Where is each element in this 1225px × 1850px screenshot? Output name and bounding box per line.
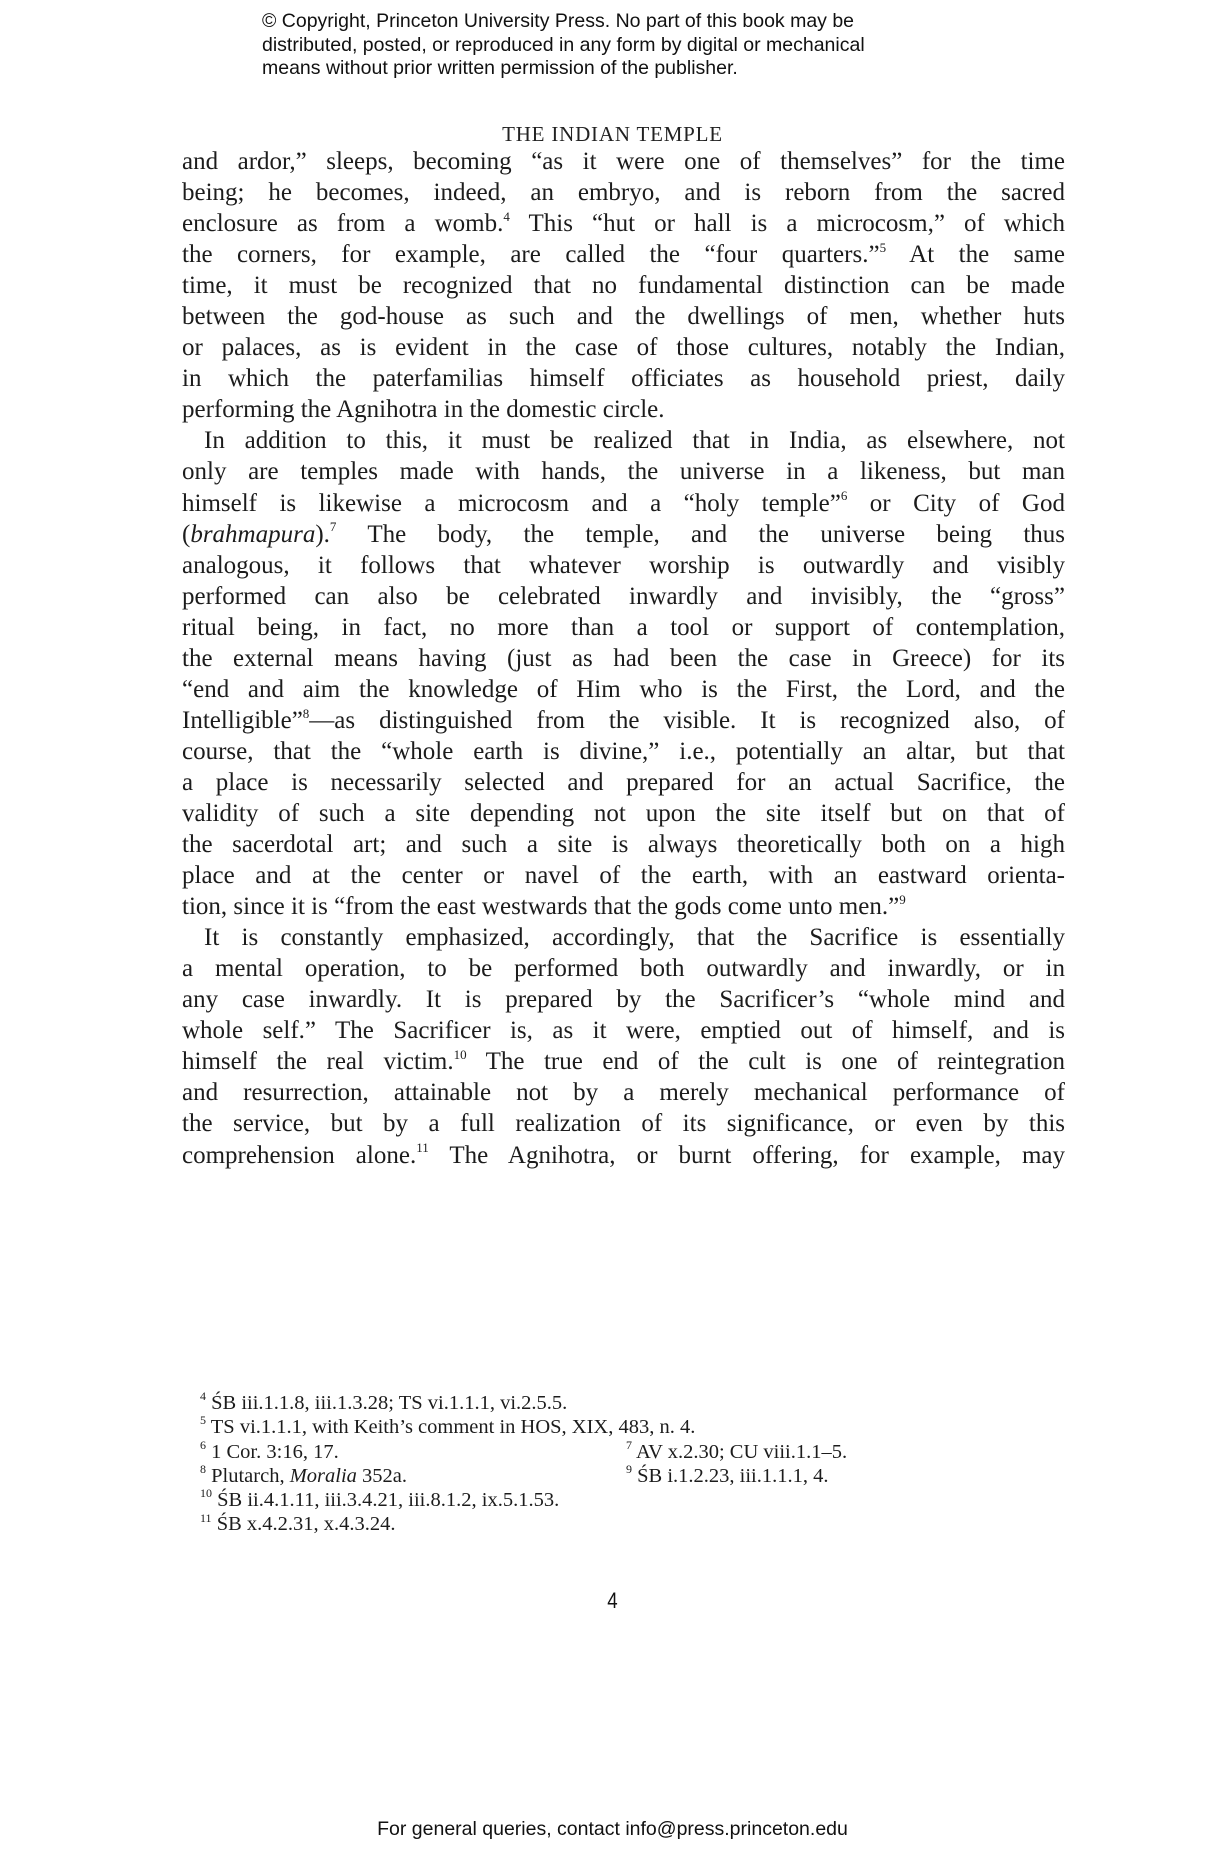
text-line: a place is necessarily selected and prep… xyxy=(182,767,1065,798)
footnote-7: 7 AV x.2.30; CU viii.1.1–5. xyxy=(626,1440,847,1464)
footnote-row: 4 ŚB iii.1.1.8, iii.1.3.28; TS vi.1.1.1,… xyxy=(200,1391,1000,1415)
footnote-8: 8 Plutarch, Moralia 352a. xyxy=(200,1464,626,1488)
text-line: enclosure as from a womb.4 This “hut or … xyxy=(182,208,1065,239)
text-line: (brahmapura).7 The body, the temple, and… xyxy=(182,519,1065,550)
footnote-ref: 10 xyxy=(454,1047,467,1062)
footnote-4: 4 ŚB iii.1.1.8, iii.1.3.28; TS vi.1.1.1,… xyxy=(200,1391,567,1415)
running-head: THE INDIAN TEMPLE xyxy=(0,122,1225,147)
footnote-ref: 7 xyxy=(330,519,337,534)
body-text: and ardor,” sleeps, becoming “as it were… xyxy=(182,146,1065,1171)
footnote-row: 8 Plutarch, Moralia 352a. 9 ŚB i.1.2.23,… xyxy=(200,1464,1000,1488)
page-number: 4 xyxy=(92,1588,1133,1614)
footnote-ref: 5 xyxy=(880,240,887,255)
copyright-line: means without prior written permission o… xyxy=(262,57,982,81)
footnote-row: 11 ŚB x.4.2.31, x.4.3.24. xyxy=(200,1512,1000,1536)
text-line: only are temples made with hands, the un… xyxy=(182,456,1065,487)
text-line: himself is likewise a microcosm and a “h… xyxy=(182,488,1065,519)
footnote-row: 6 1 Cor. 3:16, 17. 7 AV x.2.30; CU viii.… xyxy=(200,1440,1000,1464)
text-line: performing the Agnihotra in the domestic… xyxy=(182,394,1065,425)
footer-contact: For general queries, contact info@press.… xyxy=(0,1818,1225,1841)
paragraph: and ardor,” sleeps, becoming “as it were… xyxy=(182,146,1065,425)
text-line: the service, but by a full realization o… xyxy=(182,1108,1065,1139)
text-line: any case inwardly. It is prepared by the… xyxy=(182,984,1065,1015)
footnote-5: 5 TS vi.1.1.1, with Keith’s comment in H… xyxy=(200,1415,695,1439)
footnote-10: 10 ŚB ii.4.1.11, iii.3.4.21, iii.8.1.2, … xyxy=(200,1488,559,1512)
text-line: and resurrection, attainable not by a me… xyxy=(182,1077,1065,1108)
text-line: being; he becomes, indeed, an embryo, an… xyxy=(182,177,1065,208)
footnote-ref: 6 xyxy=(841,488,848,503)
paragraph: In addition to this, it must be realized… xyxy=(182,425,1065,922)
footnote-ref: 4 xyxy=(503,209,510,224)
text-line: tion, since it is “from the east westwar… xyxy=(182,891,1065,922)
text-line: It is constantly emphasized, accordingly… xyxy=(182,922,1065,953)
footnote-11: 11 ŚB x.4.2.31, x.4.3.24. xyxy=(200,1512,396,1536)
text-line: the external means having (just as had b… xyxy=(182,643,1065,674)
text-line: comprehension alone.11 The Agnihotra, or… xyxy=(182,1140,1065,1171)
text-line: and ardor,” sleeps, becoming “as it were… xyxy=(182,146,1065,177)
italic-term: brahmapura xyxy=(190,521,315,548)
text-line: time, it must be recognized that no fund… xyxy=(182,270,1065,301)
footnote-row: 5 TS vi.1.1.1, with Keith’s comment in H… xyxy=(200,1415,1000,1439)
paragraph: It is constantly emphasized, accordingly… xyxy=(182,922,1065,1170)
text-line: whole self.” The Sacrificer is, as it we… xyxy=(182,1015,1065,1046)
text-line: or palaces, as is evident in the case of… xyxy=(182,332,1065,363)
text-line: analogous, it follows that whatever wors… xyxy=(182,550,1065,581)
footnote-6: 6 1 Cor. 3:16, 17. xyxy=(200,1440,626,1464)
footnote-ref: 8 xyxy=(303,706,310,721)
footnote-row: 10 ŚB ii.4.1.11, iii.3.4.21, iii.8.1.2, … xyxy=(200,1488,1000,1512)
text-line: in which the paterfamilias himself offic… xyxy=(182,363,1065,394)
text-line: place and at the center or navel of the … xyxy=(182,860,1065,891)
text-line: course, that the “whole earth is divine,… xyxy=(182,736,1065,767)
text-line: himself the real victim.10 The true end … xyxy=(182,1046,1065,1077)
text-line: the sacerdotal art; and such a site is a… xyxy=(182,829,1065,860)
text-line: a mental operation, to be performed both… xyxy=(182,953,1065,984)
copyright-line: distributed, posted, or reproduced in an… xyxy=(262,34,982,58)
text-line: Intelligible”8—as distinguished from the… xyxy=(182,705,1065,736)
text-line: the corners, for example, are called the… xyxy=(182,239,1065,270)
text-line: “end and aim the knowledge of Him who is… xyxy=(182,674,1065,705)
text-line: between the god-house as such and the dw… xyxy=(182,301,1065,332)
text-line: performed can also be celebrated inwardl… xyxy=(182,581,1065,612)
footnote-9: 9 ŚB i.1.2.23, iii.1.1.1, 4. xyxy=(626,1464,828,1488)
copyright-line: © Copyright, Princeton University Press.… xyxy=(262,10,982,34)
text-line: ritual being, in fact, no more than a to… xyxy=(182,612,1065,643)
text-line: validity of such a site depending not up… xyxy=(182,798,1065,829)
footnotes: 4 ŚB iii.1.1.8, iii.1.3.28; TS vi.1.1.1,… xyxy=(200,1391,1000,1537)
text-line: In addition to this, it must be realized… xyxy=(182,425,1065,456)
copyright-notice: © Copyright, Princeton University Press.… xyxy=(262,10,982,81)
footnote-ref: 9 xyxy=(899,892,906,907)
footnote-ref: 11 xyxy=(416,1140,429,1155)
